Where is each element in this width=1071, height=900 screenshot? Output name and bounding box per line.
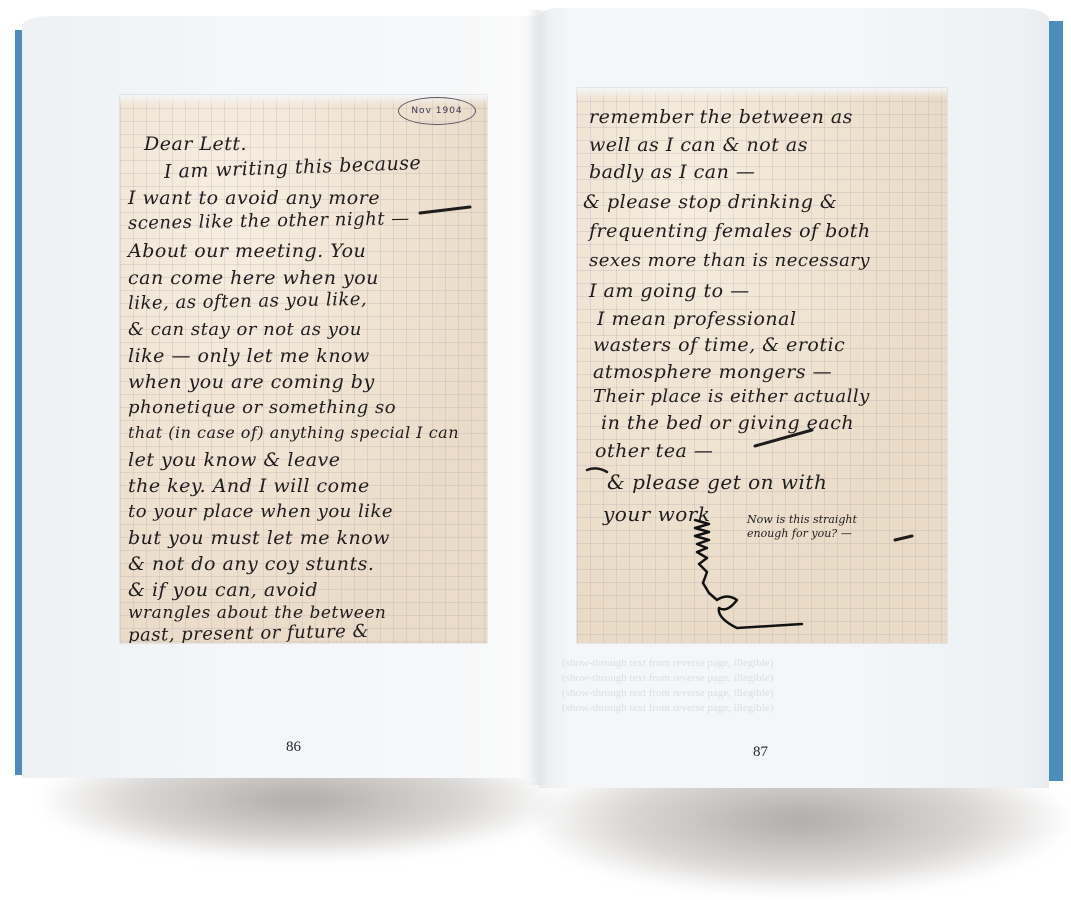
right-letter-facsimile: remember the between as well as I can & … [577,88,947,643]
show-through-text: (show-through text from reverse page, il… [562,656,992,716]
dash-stroke [120,95,487,643]
scribble-stroke [577,88,947,643]
book-spine [528,10,548,785]
page-number-right: 87 [753,744,768,761]
left-letter-facsimile: Nov 1904 Dear Lett. I am writing this be… [120,95,487,643]
page-number-left: 86 [286,739,301,756]
